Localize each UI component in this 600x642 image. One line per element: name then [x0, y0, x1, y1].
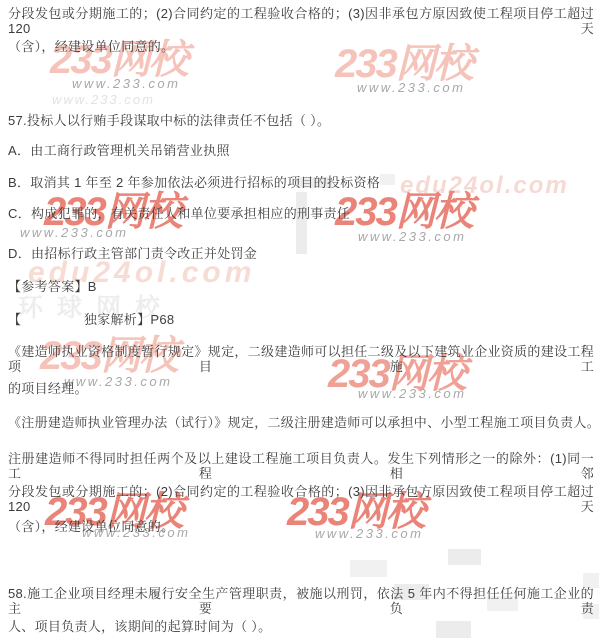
ghost-logo-block: [448, 549, 481, 565]
ghost-logo-block: [436, 621, 471, 638]
text-line: 分段发包或分期施工的；(2)合同约定的工程验收合格的；(3)因非承包方原因致使工…: [8, 6, 594, 36]
text-line-analysis: 【 独家解析】P68: [8, 312, 174, 327]
watermark-brand: 233网校: [335, 192, 472, 232]
text-line: （含），经建设单位同意的。: [8, 519, 174, 534]
watermark-url: www.233.com: [72, 77, 180, 90]
text-line-option-d: D．由招标行政主管部门责令改正并处罚金: [8, 246, 257, 261]
ghost-logo-block: [296, 192, 307, 254]
text-line-option-a: A．由工商行政管理机关吊销营业执照: [8, 143, 230, 158]
watermark-url: www.233.com: [358, 387, 466, 400]
watermark-url: www.233.com: [20, 226, 128, 239]
ghost-logo-block: [380, 174, 395, 185]
text-line-question-57: 57.投标人以行贿手段谋取中标的法律责任不包括（ ）。: [8, 113, 330, 128]
text-line: 注册建造师不得同时担任两个及以上建设工程施工项目负责人。发生下列情形之一的除外：…: [8, 451, 594, 481]
text-line-option-b: B．取消其 1 年至 2 年参加依法必须进行招标的项目的投标资格: [8, 175, 380, 190]
text-line: 《建造师执业资格制度暂行规定》规定，二级建造师可以担任二级及以下建筑业企业资质的…: [8, 344, 594, 374]
ghost-watermark-url: www.233.com: [52, 92, 155, 107]
text-line-answer: 【参考答案】B: [8, 279, 97, 294]
text-line: 人、项目负责人，该期间的起算时间为（ ）。: [8, 619, 271, 634]
watermark-url: www.233.com: [357, 81, 465, 94]
ghost-logo-block: [350, 560, 387, 577]
watermark-url: www.233.com: [315, 527, 423, 540]
document-page: { "page": { "background": "#ffffff", "te…: [0, 0, 600, 642]
text-line: 分段发包或分期施工的；(2)合同约定的工程验收合格的；(3)因非承包方原因致使工…: [8, 484, 594, 514]
text-line: 的项目经理。: [8, 381, 88, 396]
text-line: 《注册建造师执业管理办法（试行）》规定，二级注册建造师可以承担中、小型工程施工项…: [8, 415, 600, 430]
text-line: （含），经建设单位同意的。: [8, 39, 174, 54]
text-line-question-58: 58.施工企业项目经理未履行安全生产管理职责，被施以刑罚，依法 5 年内不得担任…: [8, 586, 594, 616]
watermark-brand: 233网校: [335, 44, 472, 84]
text-line-option-c: C．构成犯罪的，有关责任人和单位要承担相应的刑事责任: [8, 206, 350, 221]
watermark-url: www.233.com: [358, 230, 466, 243]
